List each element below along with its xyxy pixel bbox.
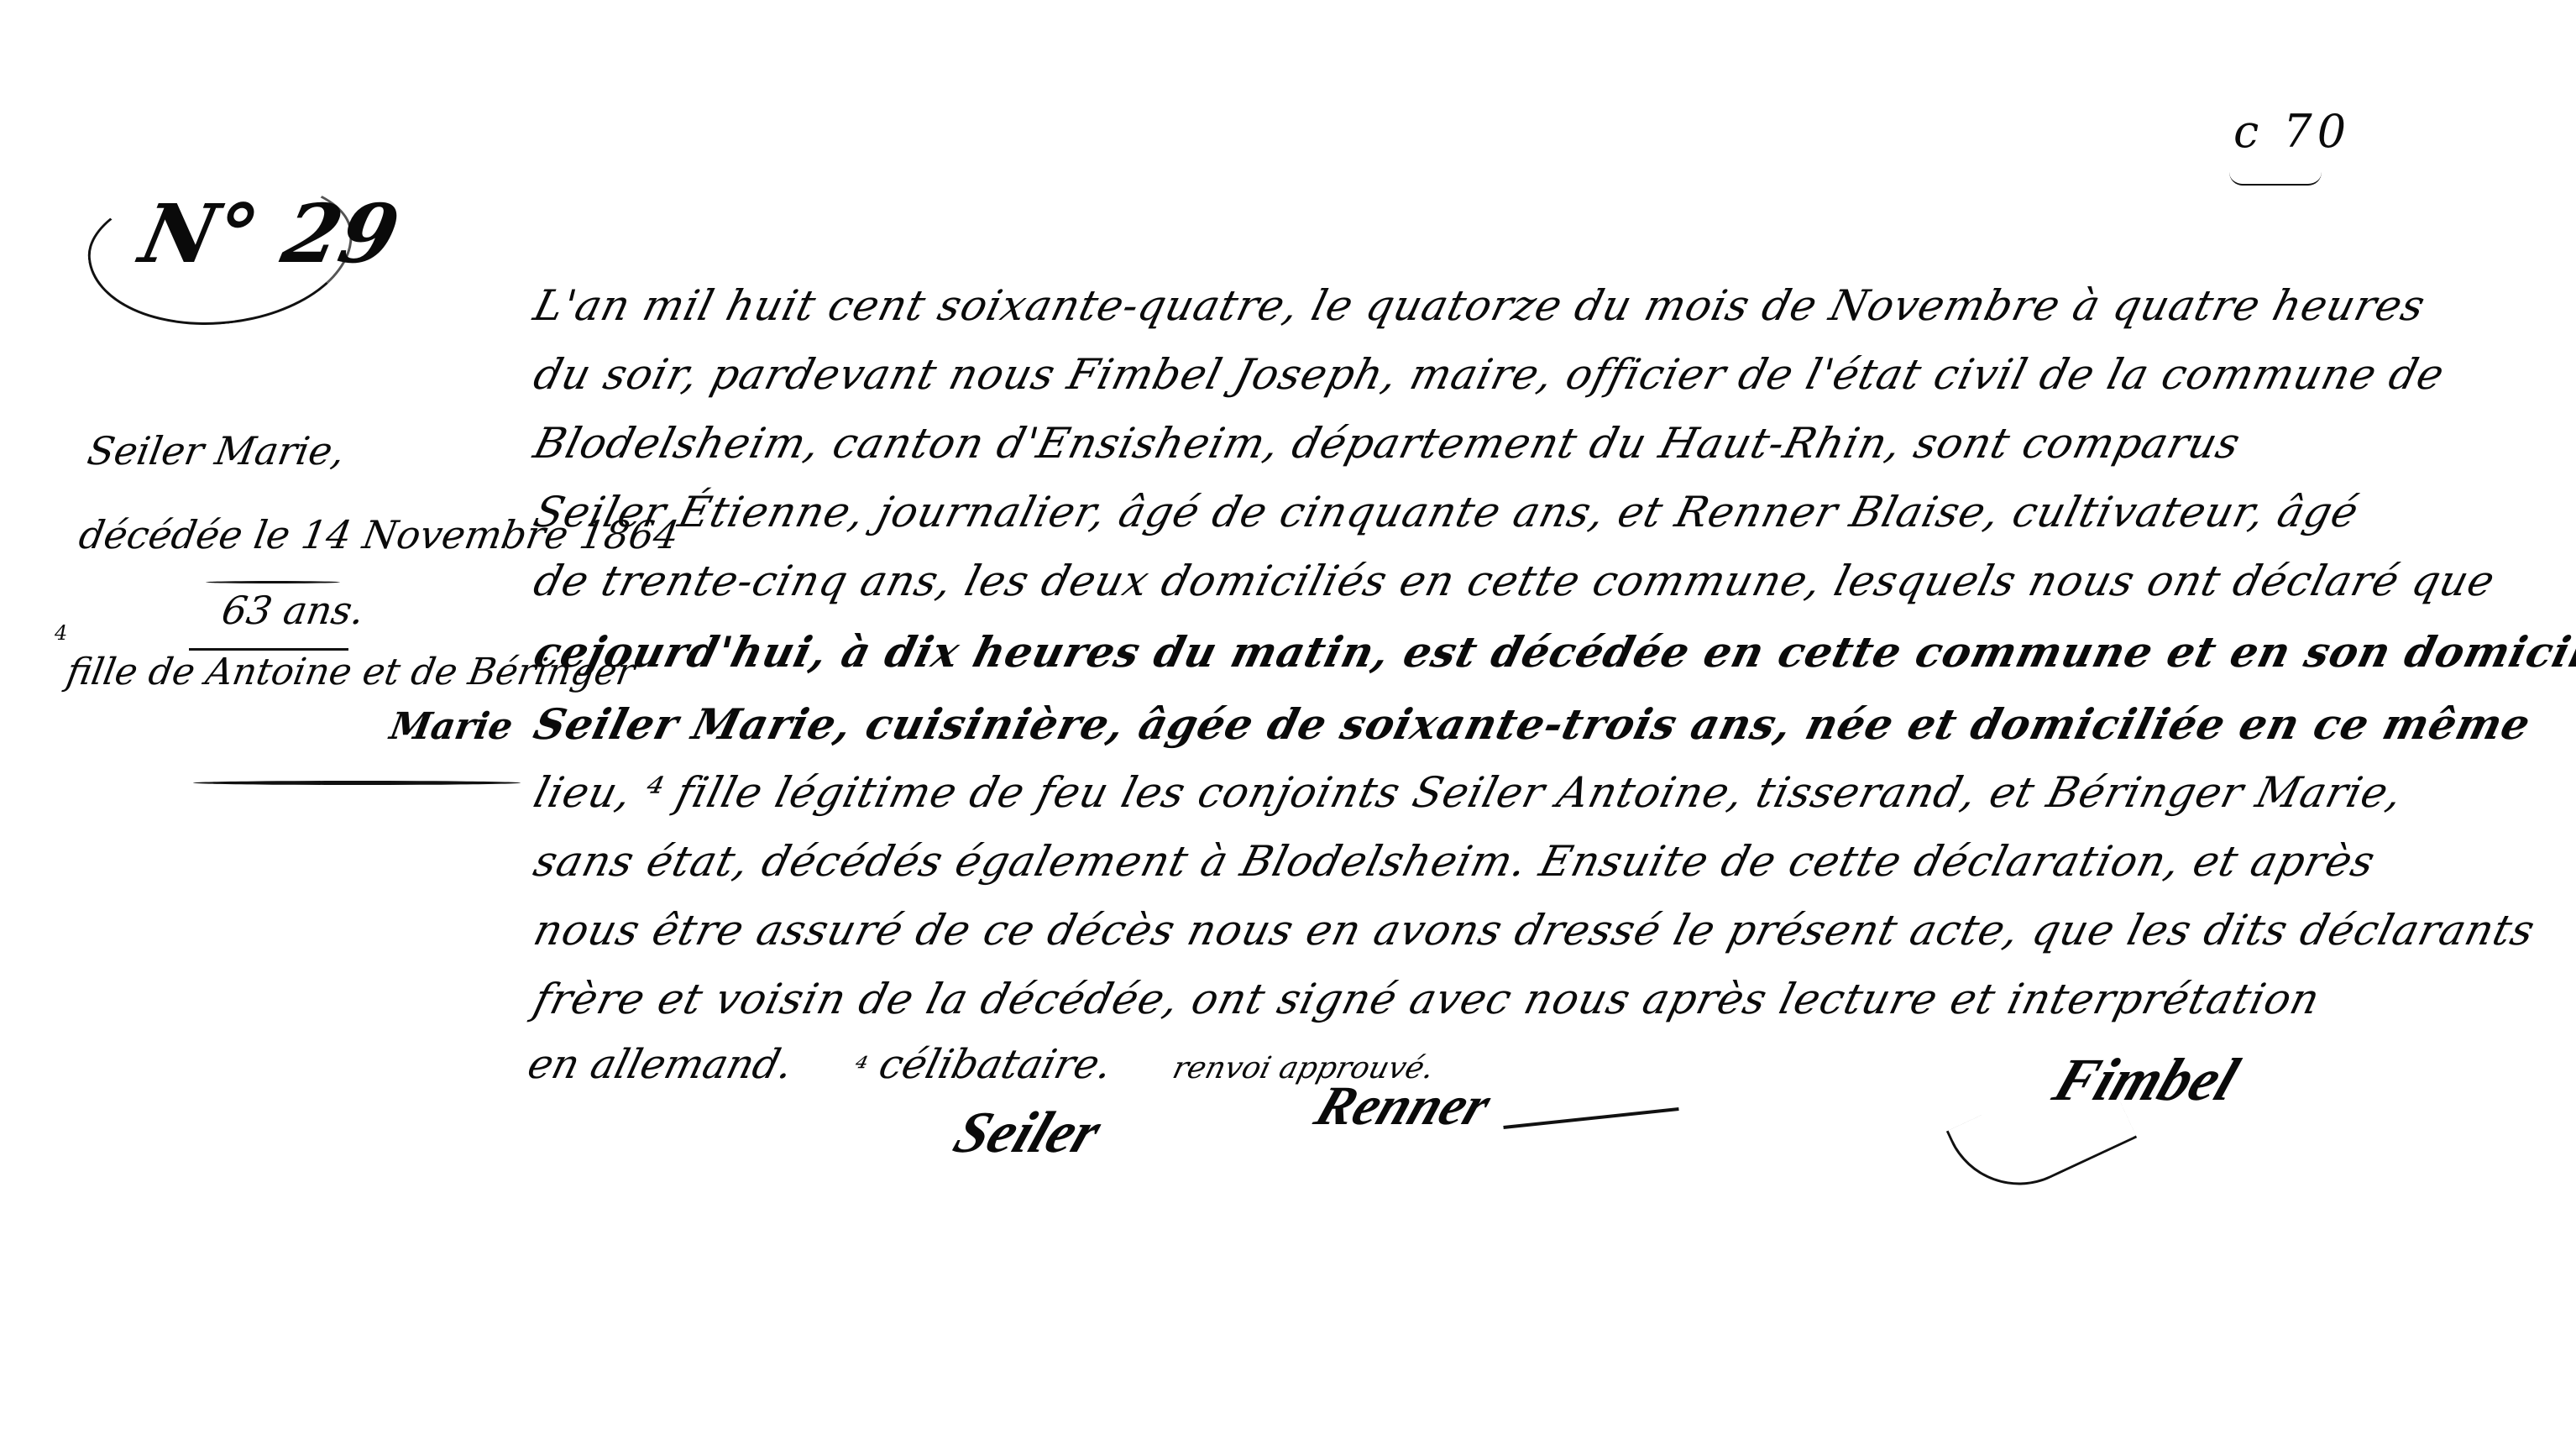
- renvoi-mark: ⁴: [850, 1051, 871, 1085]
- margin-mother-name: Marie: [387, 705, 516, 748]
- closing-final-words: en allemand.: [523, 1041, 798, 1088]
- signature-flourish: [1503, 1107, 1678, 1129]
- body-line: du soir, pardevant nous Fimbel Joseph, m…: [529, 350, 2450, 399]
- body-line: L'an mil huit cent soixante-quatre, le q…: [529, 281, 2431, 330]
- margin-small-mark: 4: [55, 621, 67, 645]
- body-line: Blodelsheim, canton d'Ensisheim, départe…: [529, 419, 2245, 468]
- body-line: cejourd'hui, à dix heures du matin, est …: [529, 627, 2576, 677]
- margin-deceased-name: Seiler Marie,: [84, 428, 348, 473]
- signature-mayor: Fimbel: [2045, 1045, 2248, 1115]
- margin-age: 63 ans.: [218, 588, 368, 633]
- signature-seiler: Seiler: [945, 1100, 1109, 1167]
- body-line: nous être assuré de ce décès nous en avo…: [529, 906, 2540, 955]
- renvoi-text: célibataire.: [874, 1041, 1117, 1088]
- signature-renner: Renner: [1306, 1075, 1499, 1138]
- scanned-record-page: c 70 N° 29 Seiler Marie, décédée le 14 N…: [0, 0, 2576, 1449]
- body-line: lieu, ⁴ fille légitime de feu les conjoi…: [529, 768, 2408, 817]
- act-number: N° 29: [133, 186, 407, 281]
- folio-underline: [2229, 172, 2322, 186]
- body-line: Seiler Étienne, journalier, âgé de cinqu…: [529, 488, 2364, 536]
- body-line: frère et voisin de la décédée, ont signé…: [529, 975, 2325, 1023]
- folio-mark: c 70: [2233, 105, 2351, 158]
- body-line: de trente-cinq ans, les deux domiciliés …: [529, 557, 2500, 605]
- body-line: Seiler Marie, cuisinière, âgée de soixan…: [529, 699, 2536, 749]
- body-line: sans état, décédés également à Blodelshe…: [529, 837, 2380, 886]
- margin-closing-rule: [193, 781, 521, 785]
- margin-divider: [206, 581, 340, 583]
- closing-line: en allemand. ⁴ célibataire. renvoi appro…: [523, 1041, 1440, 1088]
